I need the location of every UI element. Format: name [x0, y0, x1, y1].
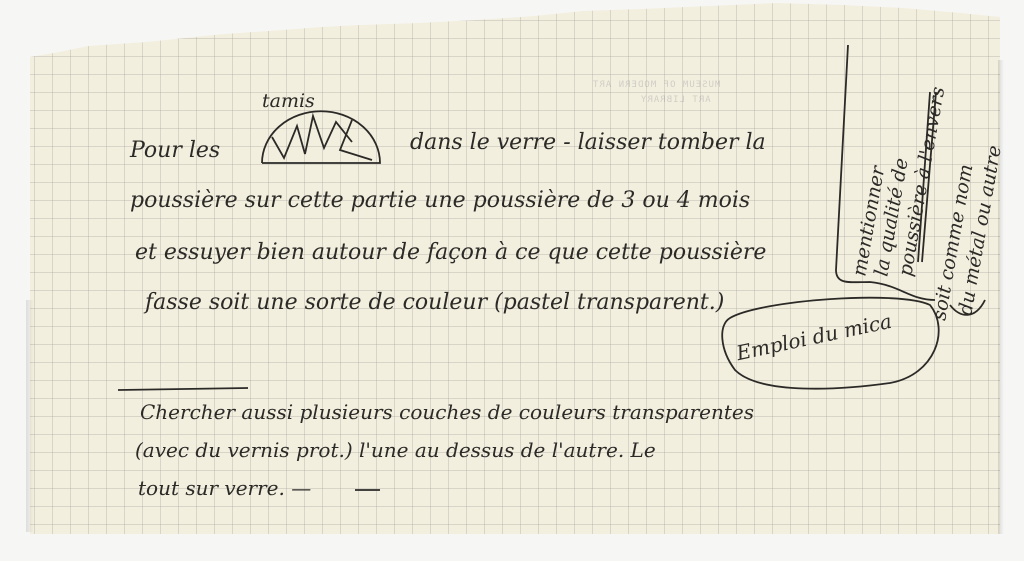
line-3: et essuyer bien autour de façon à ce que… [135, 240, 766, 265]
paragraph-2-line-2: (avec du vernis prot.) l'une au dessus d… [135, 438, 656, 462]
paragraph-2-line-1: Chercher aussi plusieurs couches de coul… [140, 400, 754, 424]
line-1-start: Pour les [130, 138, 220, 163]
paragraph-2-line-3: tout sur verre. — [138, 476, 311, 500]
line-2: poussière sur cette partie une poussière… [130, 188, 750, 213]
divider-line [118, 388, 248, 390]
line-1-end: dans le verre - laisser tomber la [410, 130, 766, 155]
line-4: fasse soit une sorte de couleur (pastel … [145, 290, 724, 315]
